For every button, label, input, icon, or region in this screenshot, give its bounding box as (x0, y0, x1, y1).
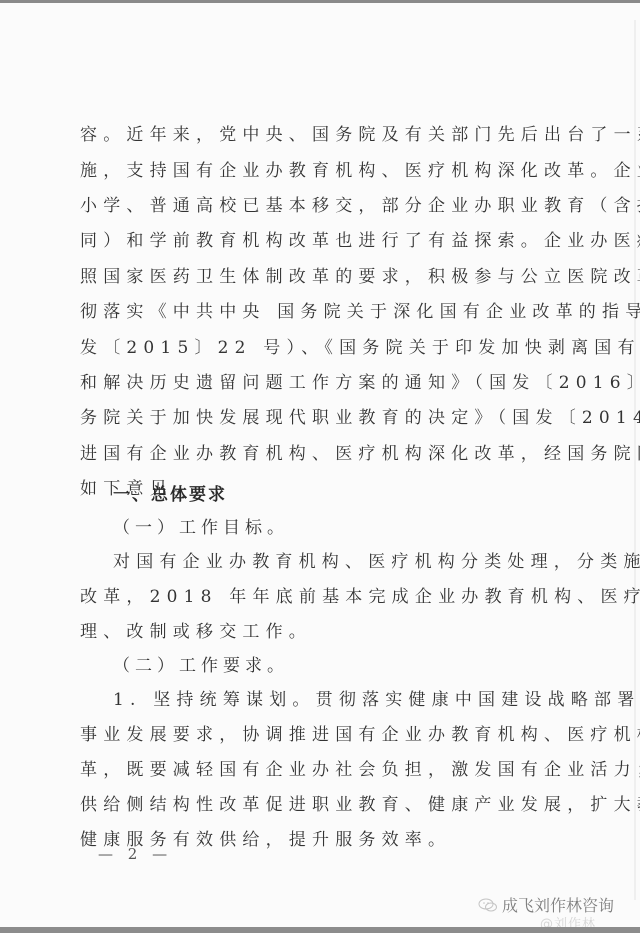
body-line: 同）和学前教育机构改革也进行了有益探索。企业办医疗机构按 (80, 230, 580, 252)
body-line: 对国有企业办教育机构、医疗机构分类处理，分类施策，深化 (113, 551, 613, 573)
body-line: 1. 坚持统筹谋划。贯彻落实健康中国建设战略部署和教育 (113, 689, 613, 711)
document-page: 容。近年来，党中央、国务院及有关部门先后出台了一系列政策措 施，支持国有企业办教… (0, 0, 640, 933)
body-line: 容。近年来，党中央、国务院及有关部门先后出台了一系列政策措 (80, 124, 580, 146)
body-line: 和解决历史遗留问题工作方案的通知》（国发〔2016〕19 号）和《国 (80, 372, 580, 394)
body-line: 改革，2018 年年底前基本完成企业办教育机构、医疗机构集中管 (80, 586, 580, 608)
body-line: 革，既要减轻国有企业办社会负担，激发国有企业活力；更要通过 (80, 759, 580, 781)
body-line: 小学、普通高校已基本移交，部分企业办职业教育（含技工教育，下 (80, 195, 580, 217)
body-line: 事业发展要求，协调推进国有企业办教育机构、医疗机构深化改 (80, 724, 580, 746)
body-line: 照国家医药卫生体制改革的要求，积极参与公立医院改革。为贯 (80, 266, 580, 288)
page-number: — 2 — (98, 844, 172, 864)
subsection-title: （一）工作目标。 (113, 517, 289, 539)
bottom-frame-border (0, 927, 640, 933)
body-line: 进国有企业办教育机构、医疗机构深化改革，经国务院同意，提出 (80, 443, 580, 465)
body-line: 发〔2015〕22 号）、《国务院关于印发加快剥离国有企业办社会职能 (80, 337, 580, 359)
body-line: 理、改制或移交工作。 (80, 621, 580, 643)
body-line: 施，支持国有企业办教育机构、医疗机构深化改革。企业办普通中 (80, 160, 580, 182)
body-line: 务院关于加快发展现代职业教育的决定》（国发〔2014〕19 号），推 (80, 407, 580, 429)
body-line: 彻落实《中共中央 国务院关于深化国有企业改革的指导意见》（中 (80, 301, 580, 323)
section-heading: 一、总体要求 (113, 484, 227, 506)
wechat-logo-icon (478, 898, 498, 912)
body-line: 供给侧结构性改革促进职业教育、健康产业发展，扩大教育、医疗 (80, 794, 580, 816)
subsection-title: （二）工作要求。 (113, 655, 289, 677)
